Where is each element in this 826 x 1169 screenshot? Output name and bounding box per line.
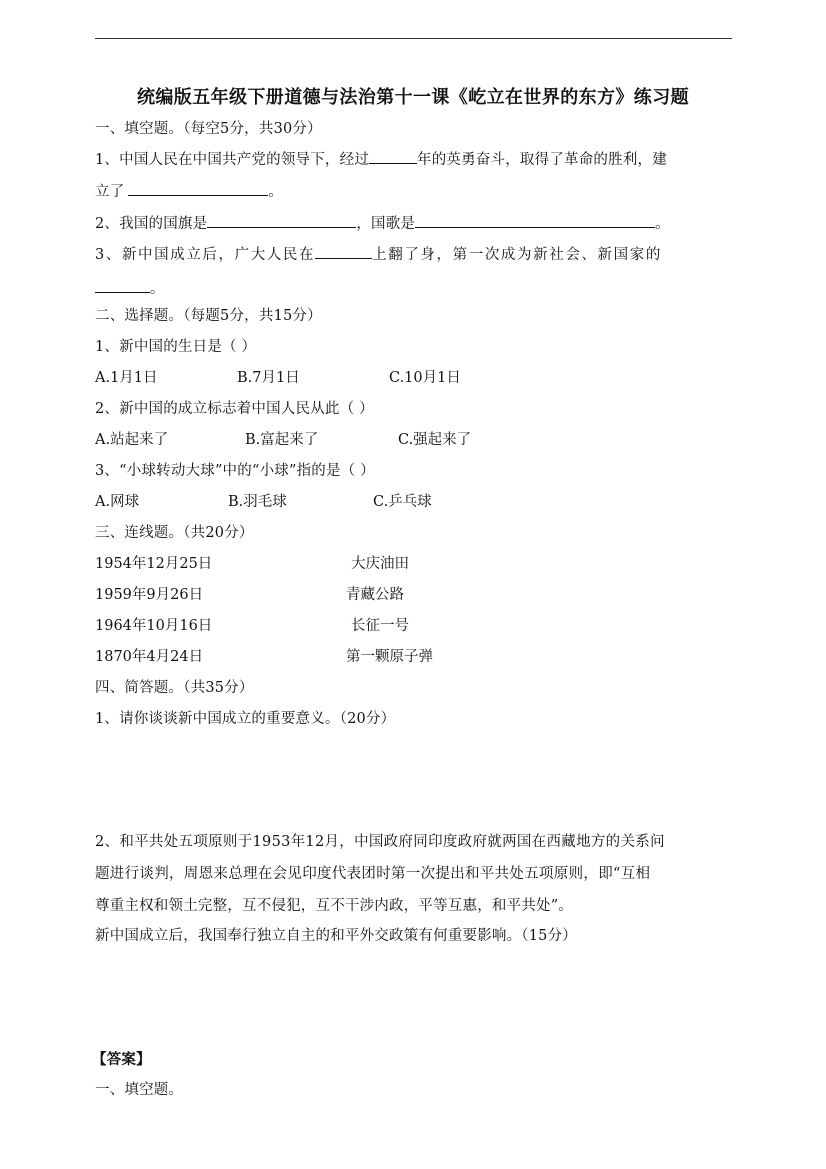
fill-q1-line1: 1、中国人民在中国共产党的领导下，经过年的英勇奋斗，取得了革命的胜利，建	[95, 149, 732, 170]
choice-q3-stem: 3、“小球转动大球”中的“小球”指的是（ ）	[95, 461, 375, 481]
fill-q1-blank-nation[interactable]	[128, 181, 268, 196]
match-left-item[interactable]: 1964年10月16日	[95, 616, 212, 636]
choice-q3-option-b[interactable]: B.羽毛球	[228, 492, 287, 512]
match-right-item[interactable]: 大庆油田	[351, 554, 409, 574]
fill-q3-line2: 。	[95, 278, 165, 299]
fill-q3-blank-b[interactable]	[95, 278, 150, 293]
choice-q2-option-c[interactable]: C.强起来了	[398, 430, 471, 450]
period: 。	[268, 184, 283, 200]
fill-q2-blank-anthem[interactable]	[415, 213, 655, 228]
fill-q3-line1: 3、新中国成立后，广大人民在上翻了身，第一次成为新社会、新国家的	[95, 244, 662, 265]
fill-q2-text-a: 2、我国的国旗是	[95, 216, 207, 232]
fill-q2: 2、我国的国旗是，国歌是。	[95, 213, 670, 234]
fill-q1-text-b: 年的英勇奋斗，取得了革命的胜利，建	[417, 152, 667, 168]
short-answer-q2-line3: 尊重主权和领土完整，互不侵犯，互不干涉内政，平等互惠，和平共处”。	[95, 896, 573, 916]
choice-q2-option-a[interactable]: A.站起来了	[95, 430, 168, 450]
header-rule	[95, 38, 732, 39]
short-answer-q2-line1: 2、和平共处五项原则于1953年12月，中国政府同印度政府就两国在西藏地方的关系…	[95, 832, 665, 852]
fill-q1-line2: 立了。	[95, 181, 283, 202]
fill-q3-blank-a[interactable]	[315, 244, 372, 259]
answer-subheading: 一、填空题。	[95, 1080, 183, 1100]
section4-heading: 四、简答题。（共35分）	[95, 678, 254, 698]
section2-heading: 二、选择题。（每题5分，共15分）	[95, 306, 322, 326]
answer-heading: 【答案】	[92, 1050, 151, 1070]
choice-q1-option-c[interactable]: C.10月1日	[389, 368, 461, 388]
period: 。	[655, 216, 670, 232]
match-left-item[interactable]: 1954年12月25日	[95, 554, 212, 574]
choice-q1-option-a[interactable]: A.1月1日	[95, 368, 158, 388]
match-left-item[interactable]: 1870年4月24日	[95, 647, 203, 667]
choice-q1-stem: 1、新中国的生日是（ ）	[95, 337, 256, 357]
section3-heading: 三、连线题。（共20分）	[95, 523, 254, 543]
fill-q1-text-c: 立了	[95, 184, 124, 200]
fill-q3-text-a: 3、新中国成立后，广大人民在	[95, 247, 315, 263]
match-right-item[interactable]: 长征一号	[351, 616, 409, 636]
choice-q1-option-b[interactable]: B.7月1日	[237, 368, 300, 388]
fill-q2-text-b: ，国歌是	[356, 216, 415, 232]
choice-q3-option-a[interactable]: A.网球	[95, 492, 139, 512]
short-answer-q2-line4: 新中国成立后，我国奉行独立自主的和平外交政策有何重要影响。（15分）	[95, 926, 577, 946]
fill-q2-blank-flag[interactable]	[207, 213, 356, 228]
short-answer-q1: 1、请你谈谈新中国成立的重要意义。（20分）	[95, 709, 395, 729]
short-answer-q2-line2: 题进行谈判，周恩来总理在会见印度代表团时第一次提出和平共处五项原则，即“互相	[95, 864, 650, 884]
choice-q3-option-c[interactable]: C.乒乓球	[373, 492, 432, 512]
period: 。	[150, 281, 165, 297]
fill-q3-text-b: 上翻了身，第一次成为新社会、新国家的	[372, 247, 662, 263]
section1-heading: 一、填空题。（每空5分，共30分）	[95, 119, 322, 139]
match-right-item[interactable]: 青藏公路	[346, 585, 404, 605]
match-left-item[interactable]: 1959年9月26日	[95, 585, 203, 605]
choice-q2-stem: 2、新中国的成立标志着中国人民从此（ ）	[95, 399, 374, 419]
fill-q1-text-a: 1、中国人民在中国共产党的领导下，经过	[95, 152, 369, 168]
document-title: 统编版五年级下册道德与法治第十一课《屹立在世界的东方》练习题	[0, 86, 826, 110]
match-right-item[interactable]: 第一颗原子弹	[346, 647, 433, 667]
fill-q1-blank-years[interactable]	[369, 149, 417, 164]
choice-q2-option-b[interactable]: B.富起来了	[245, 430, 318, 450]
